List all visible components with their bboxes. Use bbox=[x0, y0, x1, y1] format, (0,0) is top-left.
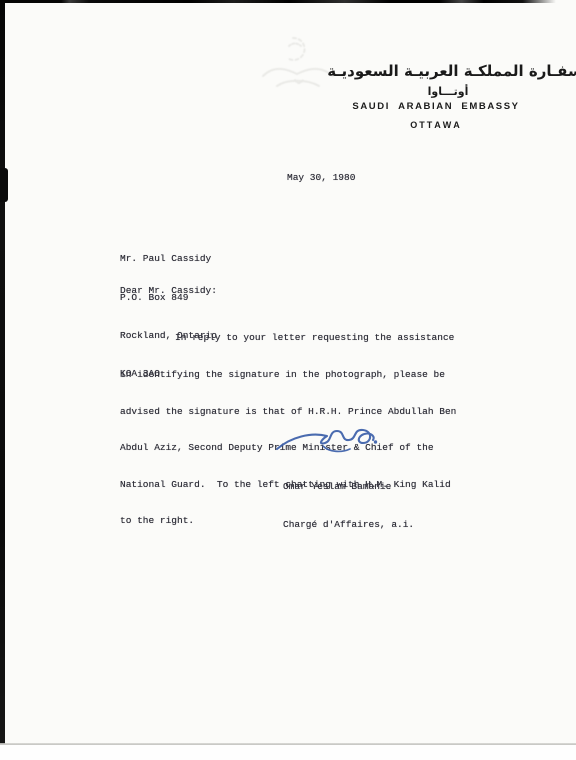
letterhead-embassy-city: OTTAWA bbox=[410, 120, 462, 130]
letterhead-embassy-name: SAUDI ARABIAN EMBASSY bbox=[352, 101, 519, 112]
letter-date: May 30, 1980 bbox=[287, 172, 355, 183]
scan-bottom-margin bbox=[0, 745, 576, 760]
scan-left-edge-blemish bbox=[0, 168, 8, 202]
signature-block: Omar Yeslam Bamànie Chargé d'Affaires, a… bbox=[283, 456, 414, 557]
salutation: Dear Mr. Cassidy: bbox=[120, 285, 217, 296]
body-line: advised the signature is that of H.R.H. … bbox=[120, 406, 456, 418]
body-line: in identifying the signature in the phot… bbox=[120, 369, 456, 381]
letterhead-arabic-title: سفـارة المملكـة العربيـة السعوديـة bbox=[327, 62, 576, 80]
recipient-name: Mr. Paul Cassidy bbox=[120, 253, 217, 266]
signer-title: Chargé d'Affaires, a.i. bbox=[283, 519, 414, 532]
body-line: In reply to your letter requesting the a… bbox=[120, 332, 456, 344]
handwritten-signature bbox=[271, 421, 401, 461]
signer-name: Omar Yeslam Bamànie bbox=[283, 481, 414, 494]
scanned-letter-page: سفـارة المملكـة العربيـة السعوديـة أوتــ… bbox=[0, 0, 576, 760]
scan-top-edge bbox=[0, 0, 556, 3]
letterhead-arabic-city: أوتـــاوا bbox=[428, 85, 469, 98]
scan-left-edge bbox=[0, 0, 5, 744]
